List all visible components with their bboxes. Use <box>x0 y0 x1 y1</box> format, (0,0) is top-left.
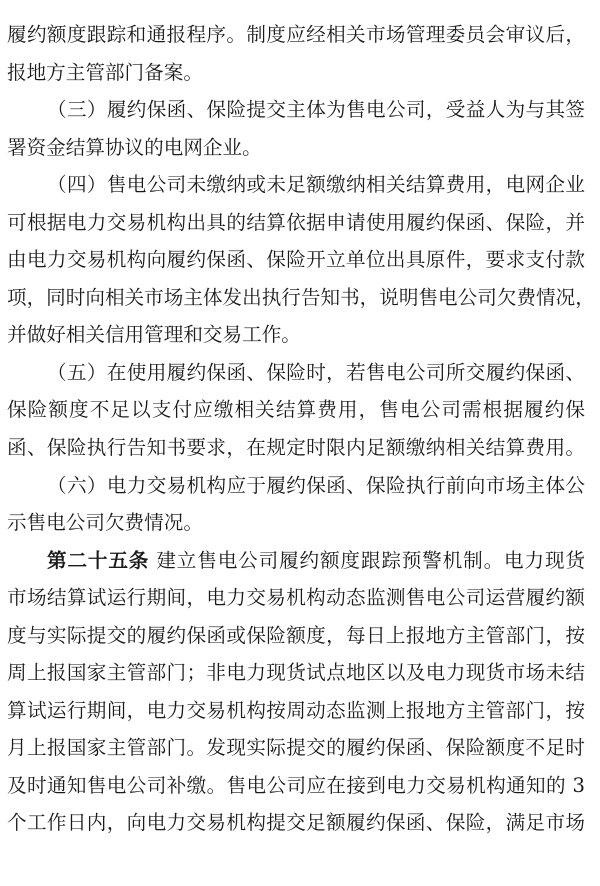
text-line: 由电力交易机构向履约保函、保险开立单位出具原件，要求支付款 <box>7 241 585 279</box>
text-line: 函、保险执行告知书要求，在规定时限内足额缴纳相关结算费用。 <box>7 429 585 467</box>
text-line: 及时通知售电公司补缴。售电公司应在接到电力交易机构通知的 3 <box>7 767 585 805</box>
text-line: 报地方主管部门备案。 <box>7 54 585 92</box>
text-line: 履约额度跟踪和通报程序。制度应经相关市场管理委员会审议后， <box>7 16 585 54</box>
item-4-first-line: （四）售电公司未缴纳或未足额缴纳相关结算费用，电网企业 <box>7 166 585 204</box>
item-3-first-line: （三）履约保函、保险提交主体为售电公司，受益人为与其签 <box>7 91 585 129</box>
text-line: 保险额度不足以支付应缴相关结算费用，售电公司需根据履约保 <box>7 391 585 429</box>
text-line: 项，同时向相关市场主体发出执行告知书，说明售电公司欠费情况， <box>7 279 585 317</box>
text-line: 度与实际提交的履约保函或保险额度，每日上报地方主管部门，按 <box>7 617 585 655</box>
document-page: 履约额度跟踪和通报程序。制度应经相关市场管理委员会审议后， 报地方主管部门备案。… <box>7 16 585 842</box>
article-text: 建立售电公司履约额度跟踪预警机制。电力现货 <box>149 549 585 572</box>
text-line: 可根据电力交易机构出具的结算依据申请使用履约保函、保险，并 <box>7 204 585 242</box>
article-heading: 第二十五条 <box>47 549 149 572</box>
text-line: 月上报国家主管部门。发现实际提交的履约保函、保险额度不足时 <box>7 729 585 767</box>
text-line: 周上报国家主管部门；非电力现货试点地区以及电力现货市场未结 <box>7 654 585 692</box>
text-line: 署资金结算协议的电网企业。 <box>7 129 585 167</box>
item-5-first-line: （五）在使用履约保函、保险时，若售电公司所交履约保函、 <box>7 354 585 392</box>
text-line: 市场结算试运行期间，电力交易机构动态监测售电公司运营履约额 <box>7 579 585 617</box>
item-6-first-line: （六）电力交易机构应于履约保函、保险执行前向市场主体公 <box>7 467 585 505</box>
text-line: 并做好相关信用管理和交易工作。 <box>7 316 585 354</box>
article-25-first-line: 第二十五条 建立售电公司履约额度跟踪预警机制。电力现货 <box>7 542 585 580</box>
text-line: 算试运行期间，电力交易机构按周动态监测上报地方主管部门，按 <box>7 692 585 730</box>
text-line: 示售电公司欠费情况。 <box>7 504 585 542</box>
text-line: 个工作日内，向电力交易机构提交足额履约保函、保险，满足市场 <box>7 804 585 842</box>
